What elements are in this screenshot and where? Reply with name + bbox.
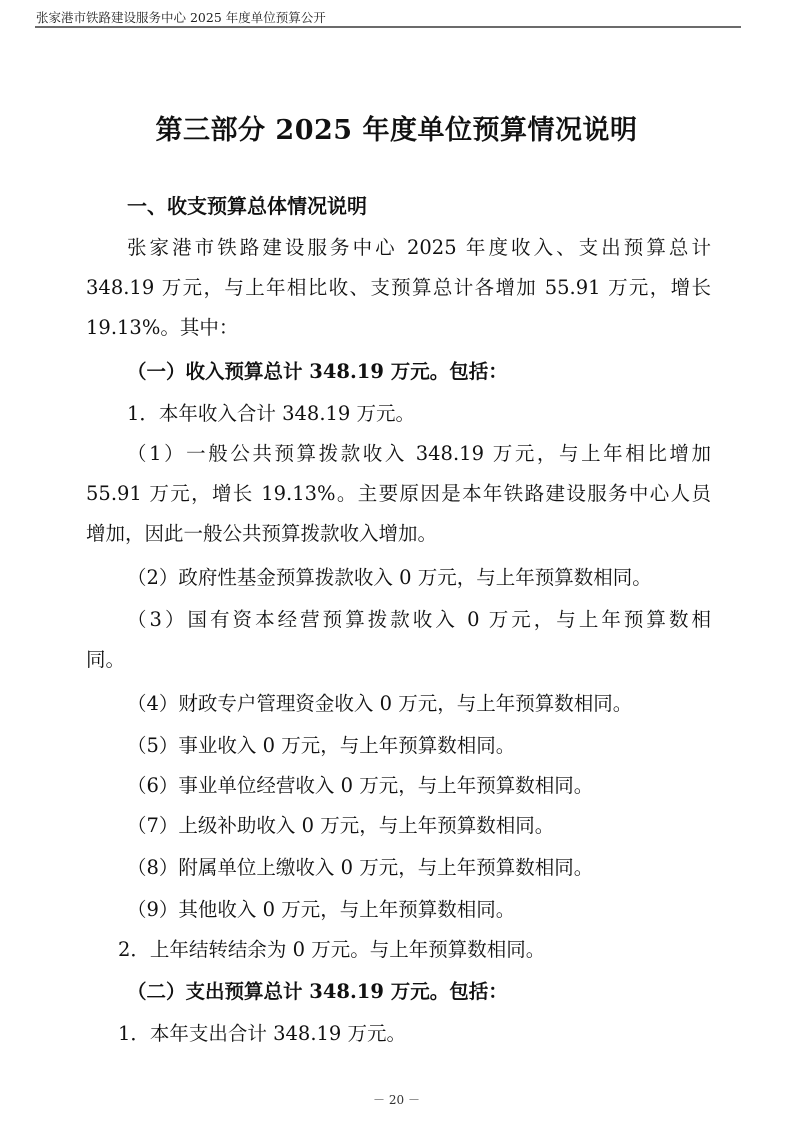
intro-line-2: 348.19 万元，与上年相比收、支预算总计各增加 55.91 万元，增长	[86, 272, 711, 300]
carryover-line: 2．上年结转结余为 0 万元。与上年预算数相同。	[118, 934, 743, 962]
income-item-1-line-1: （1）一般公共预算拨款收入 348.19 万元，与上年相比增加	[127, 438, 711, 466]
income-heading: （一）收入预算总计 348.19 万元。包括：	[127, 356, 752, 384]
header-divider	[35, 26, 741, 28]
income-item-1-line-2: 55.91 万元，增长 19.13%。主要原因是本年铁路建设服务中心人员	[86, 478, 711, 506]
income-total-line: 1．本年收入合计 348.19 万元。	[127, 398, 752, 426]
intro-line-3: 19.13%。其中：	[86, 312, 711, 340]
income-item-9: （9）其他收入 0 万元，与上年预算数相同。	[127, 894, 752, 922]
expense-heading: （二）支出预算总计 348.19 万元。包括：	[127, 976, 752, 1004]
income-item-8: （8）附属单位上缴收入 0 万元，与上年预算数相同。	[127, 852, 752, 880]
income-item-3-line-1: （3）国有资本经营预算拨款收入 0 万元，与上年预算数相	[127, 604, 711, 632]
page-number: － 20 －	[0, 1091, 793, 1108]
income-item-3-line-2: 同。	[86, 644, 711, 672]
running-header: 张家港市铁路建设服务中心 2025 年度单位预算公开	[36, 8, 326, 26]
income-item-1-line-3: 增加，因此一般公共预算拨款收入增加。	[86, 518, 711, 546]
income-item-7: （7）上级补助收入 0 万元，与上年预算数相同。	[127, 810, 752, 838]
income-item-2: （2）政府性基金预算拨款收入 0 万元，与上年预算数相同。	[127, 562, 752, 590]
income-item-6: （6）事业单位经营收入 0 万元，与上年预算数相同。	[127, 770, 752, 798]
income-item-5: （5）事业收入 0 万元，与上年预算数相同。	[127, 730, 752, 758]
intro-line-1: 张家港市铁路建设服务中心 2025 年度收入、支出预算总计	[127, 232, 711, 260]
section-heading: 一、收支预算总体情况说明	[127, 190, 752, 219]
income-item-4: （4）财政专户管理资金收入 0 万元，与上年预算数相同。	[127, 688, 752, 716]
page-title: 第三部分 2025 年度单位预算情况说明	[0, 108, 793, 147]
expense-total-line: 1．本年支出合计 348.19 万元。	[118, 1018, 743, 1046]
